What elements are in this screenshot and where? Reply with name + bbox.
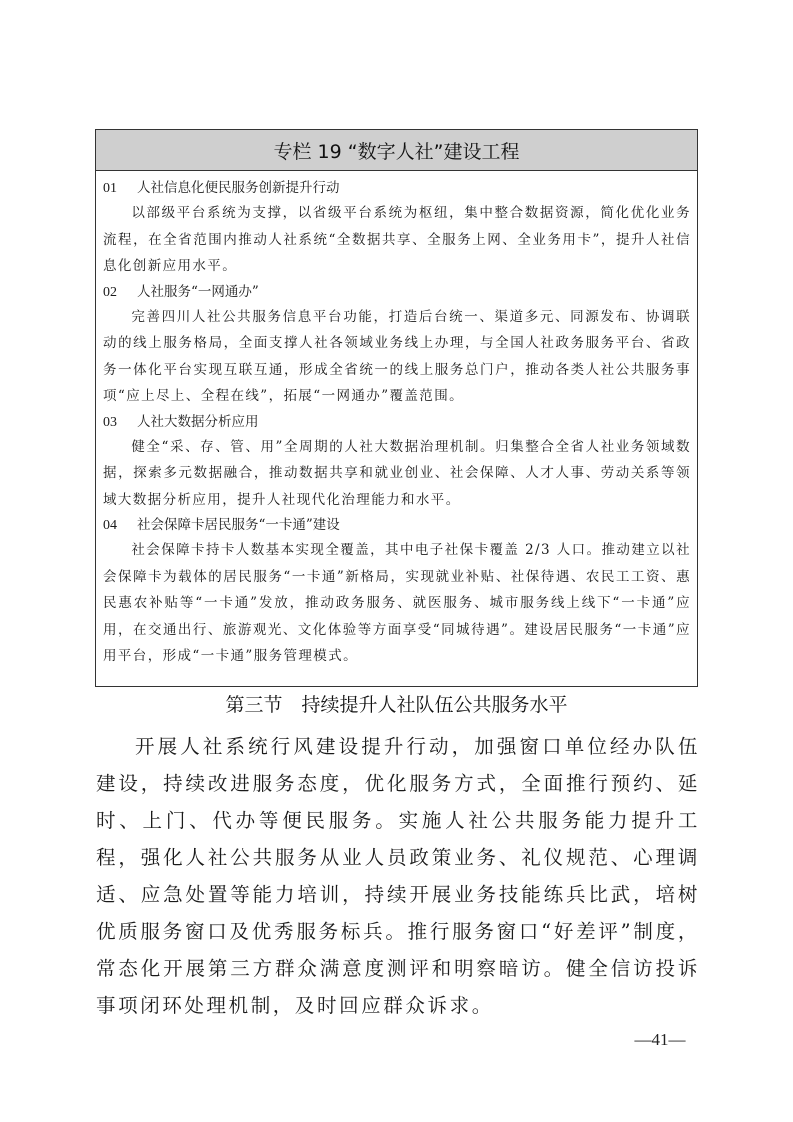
item-heading-text: 人社服务“一网通办”: [137, 284, 259, 300]
column-box-title: 专栏 19 “数字人社”建设工程: [96, 130, 697, 171]
item-heading-text: 人社信息化便民服务创新提升行动: [137, 180, 340, 196]
section-title: 第三节 持续提升人社队伍公共服务水平: [0, 690, 793, 720]
item-number: 02: [103, 281, 137, 305]
column-item: 02人社服务“一网通办” 完善四川人社公共服务信息平台功能，打造后台统一、渠道多…: [103, 280, 691, 410]
item-paragraph: 社会保障卡持卡人数基本实现全覆盖，其中电子社保卡覆盖 2/3 人口。推动建立以社…: [103, 537, 691, 670]
column-box: 专栏 19 “数字人社”建设工程 01人社信息化便民服务创新提升行动 以部级平台…: [95, 129, 698, 687]
item-heading-text: 社会保障卡居民服务“一卡通”建设: [137, 517, 340, 533]
column-item: 01人社信息化便民服务创新提升行动 以部级平台系统为支撑，以省级平台系统为枢纽，…: [103, 176, 691, 280]
column-item-heading: 04社会保障卡居民服务“一卡通”建设: [103, 513, 691, 537]
column-item-heading: 02人社服务“一网通办”: [103, 280, 691, 304]
item-paragraph: 健全“采、存、管、用”全周期的人社大数据治理机制。归集整合全省人社业务领域数据，…: [103, 434, 691, 514]
column-item-heading: 01人社信息化便民服务创新提升行动: [103, 176, 691, 200]
item-paragraph: 以部级平台系统为支撑，以省级平台系统为枢纽，集中整合数据资源，简化优化业务流程，…: [103, 200, 691, 280]
section-paragraph: 开展人社系统行风建设提升行动，加强窗口单位经办队伍建设，持续改进服务态度，优化服…: [96, 728, 700, 1024]
item-number: 03: [103, 411, 137, 435]
item-number: 04: [103, 514, 137, 538]
column-item: 03人社大数据分析应用 健全“采、存、管、用”全周期的人社大数据治理机制。归集整…: [103, 410, 691, 514]
column-item-heading: 03人社大数据分析应用: [103, 410, 691, 434]
column-item: 04社会保障卡居民服务“一卡通”建设 社会保障卡持卡人数基本实现全覆盖，其中电子…: [103, 513, 691, 670]
item-number: 01: [103, 177, 137, 201]
column-box-body: 01人社信息化便民服务创新提升行动 以部级平台系统为支撑，以省级平台系统为枢纽，…: [96, 171, 697, 670]
item-heading-text: 人社大数据分析应用: [137, 414, 259, 430]
page-number: —41—: [620, 1030, 700, 1050]
item-paragraph: 完善四川人社公共服务信息平台功能，打造后台统一、渠道多元、同源发布、协调联动的线…: [103, 304, 691, 410]
